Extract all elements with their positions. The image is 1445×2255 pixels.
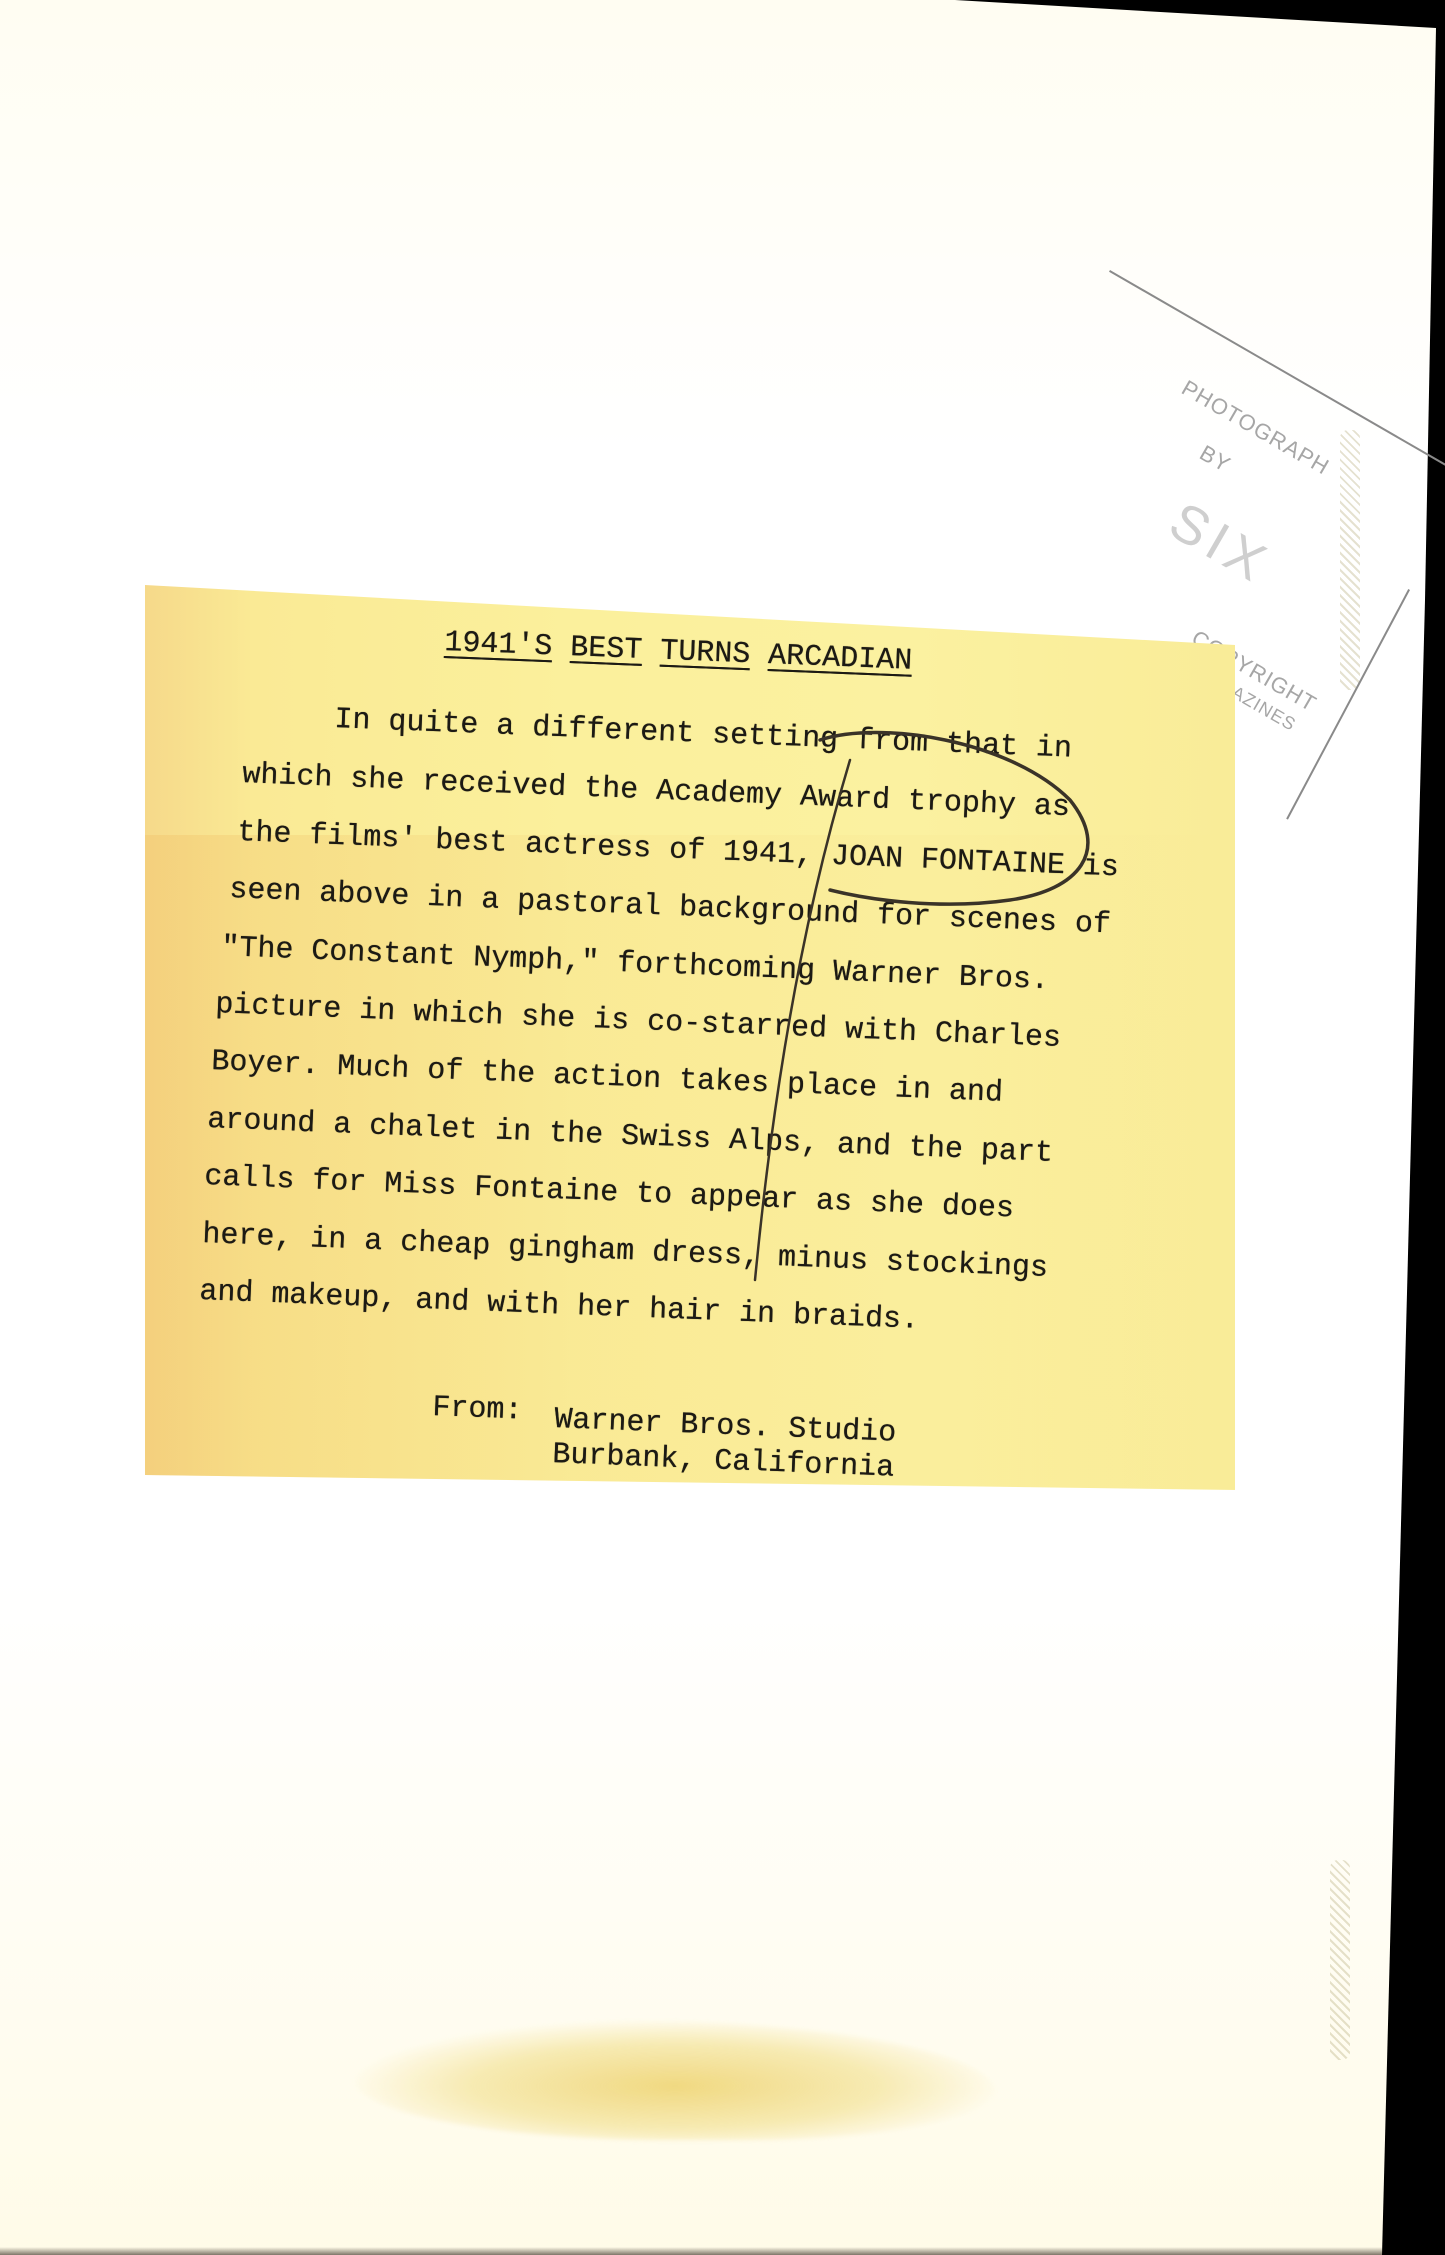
edge-wear-bottom-right bbox=[1330, 1860, 1350, 2060]
scan-frame: PHOTOGRAPH BY SIX COPYRIGHT MAGAZINES 19… bbox=[0, 0, 1445, 2255]
edge-wear-top-right bbox=[1340, 430, 1360, 690]
from-label: From: bbox=[432, 1393, 523, 1427]
headline-word: ARCADIAN bbox=[768, 639, 913, 679]
headline-word: BEST bbox=[570, 631, 643, 668]
headline-word: 1941'S bbox=[444, 626, 553, 664]
headline-word: TURNS bbox=[660, 635, 751, 673]
card-bottom-edge bbox=[0, 2247, 1382, 2255]
